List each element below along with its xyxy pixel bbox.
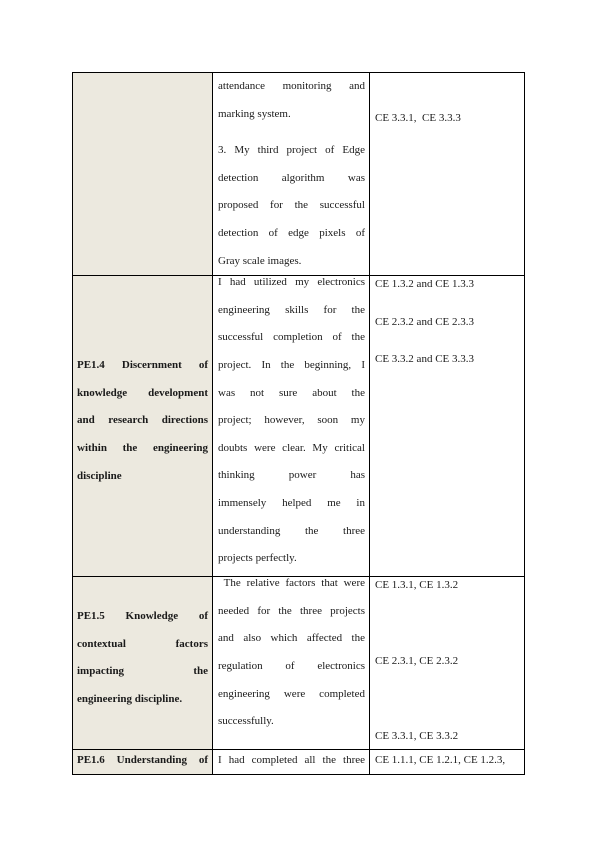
narrative-line: was not sure about the: [218, 380, 365, 408]
narrative-line: regulation of electronics: [218, 653, 365, 681]
narrative-line: and also which affected the: [218, 625, 365, 653]
table-row: PE1.6 Understanding of I had completed a…: [73, 750, 525, 775]
narrative-line: engineering were completed: [218, 681, 365, 709]
narrative-line: project; however, soon my: [218, 407, 365, 435]
ce-reference: CE 2.3.1, CE 2.3.2: [375, 654, 520, 668]
narrative-line: attendance monitoring and: [218, 73, 365, 101]
reference-cell: CE 1.3.1, CE 1.3.2 CE 2.3.1, CE 2.3.2 CE…: [370, 577, 525, 750]
narrative-line: project. In the beginning, I: [218, 352, 365, 380]
criterion-line: discipline: [77, 463, 208, 491]
ce-reference: CE 2.3.2 and CE 2.3.3: [375, 315, 520, 329]
narrative-line: thinking power has: [218, 462, 365, 490]
table-row: PE1.5 Knowledge of contextual factors im…: [73, 577, 525, 750]
ce-reference: CE 1.3.2 and CE 1.3.3: [375, 277, 520, 291]
narrative-line: I had completed all the three: [218, 750, 365, 770]
narrative-line: doubts were clear. My critical: [218, 435, 365, 463]
narrative-line: detection algorithm was: [218, 165, 365, 193]
ce-reference: CE 3.3.1, CE 3.3.3: [375, 111, 520, 125]
criterion-cell: PE1.5 Knowledge of contextual factors im…: [73, 577, 213, 750]
reference-cell: CE 1.3.2 and CE 1.3.3 CE 2.3.2 and CE 2.…: [370, 276, 525, 577]
narrative-cell: I had completed all the three: [213, 750, 370, 775]
criterion-cell: PE1.6 Understanding of: [73, 750, 213, 775]
narrative-line: successfully.: [218, 708, 365, 736]
ce-reference: CE 1.3.1, CE 1.3.2: [375, 578, 520, 592]
ce-reference: CE 3.3.1, CE 3.3.2: [375, 729, 520, 743]
criterion-line: PE1.6 Understanding of: [77, 750, 208, 770]
table-row: PE1.4 Discernment of knowledge developme…: [73, 276, 525, 577]
criterion-cell: [73, 73, 213, 276]
narrative-line: detection of edge pixels of: [218, 220, 365, 248]
narrative-line: The relative factors that were: [218, 570, 365, 598]
ce-reference: CE 3.3.2 and CE 3.3.3: [375, 352, 520, 366]
criterion-line: contextual factors: [77, 631, 208, 659]
narrative-line: I had utilized my electronics: [218, 269, 365, 297]
criterion-line: engineering discipline.: [77, 686, 208, 714]
reference-cell: CE 3.3.1, CE 3.3.3: [370, 73, 525, 276]
criterion-line: PE1.4 Discernment of: [77, 352, 208, 380]
competency-table: attendance monitoring and marking system…: [72, 72, 525, 775]
narrative-line: immensely helped me in: [218, 490, 365, 518]
criterion-line: PE1.5 Knowledge of: [77, 603, 208, 631]
ce-reference: CE 1.1.1, CE 1.2.1, CE 1.2.3,: [375, 753, 520, 767]
table-row: attendance monitoring and marking system…: [73, 73, 525, 276]
narrative-line: marking system.: [218, 101, 365, 129]
criterion-cell: PE1.4 Discernment of knowledge developme…: [73, 276, 213, 577]
narrative-cell: attendance monitoring and marking system…: [213, 73, 370, 276]
narrative-line: 3. My third project of Edge: [218, 137, 365, 165]
narrative-line: engineering skills for the: [218, 297, 365, 325]
criterion-line: knowledge development: [77, 380, 208, 408]
narrative-cell: The relative factors that were needed fo…: [213, 577, 370, 750]
narrative-cell: I had utilized my electronics engineerin…: [213, 276, 370, 577]
criterion-line: and research directions: [77, 407, 208, 435]
narrative-line: needed for the three projects: [218, 598, 365, 626]
criterion-line: impacting the: [77, 658, 208, 686]
narrative-line: successful completion of the: [218, 324, 365, 352]
reference-cell: CE 1.1.1, CE 1.2.1, CE 1.2.3,: [370, 750, 525, 775]
narrative-line: proposed for the successful: [218, 192, 365, 220]
narrative-line: understanding the three: [218, 518, 365, 546]
narrative-line: projects perfectly.: [218, 545, 365, 573]
criterion-line: within the engineering: [77, 435, 208, 463]
